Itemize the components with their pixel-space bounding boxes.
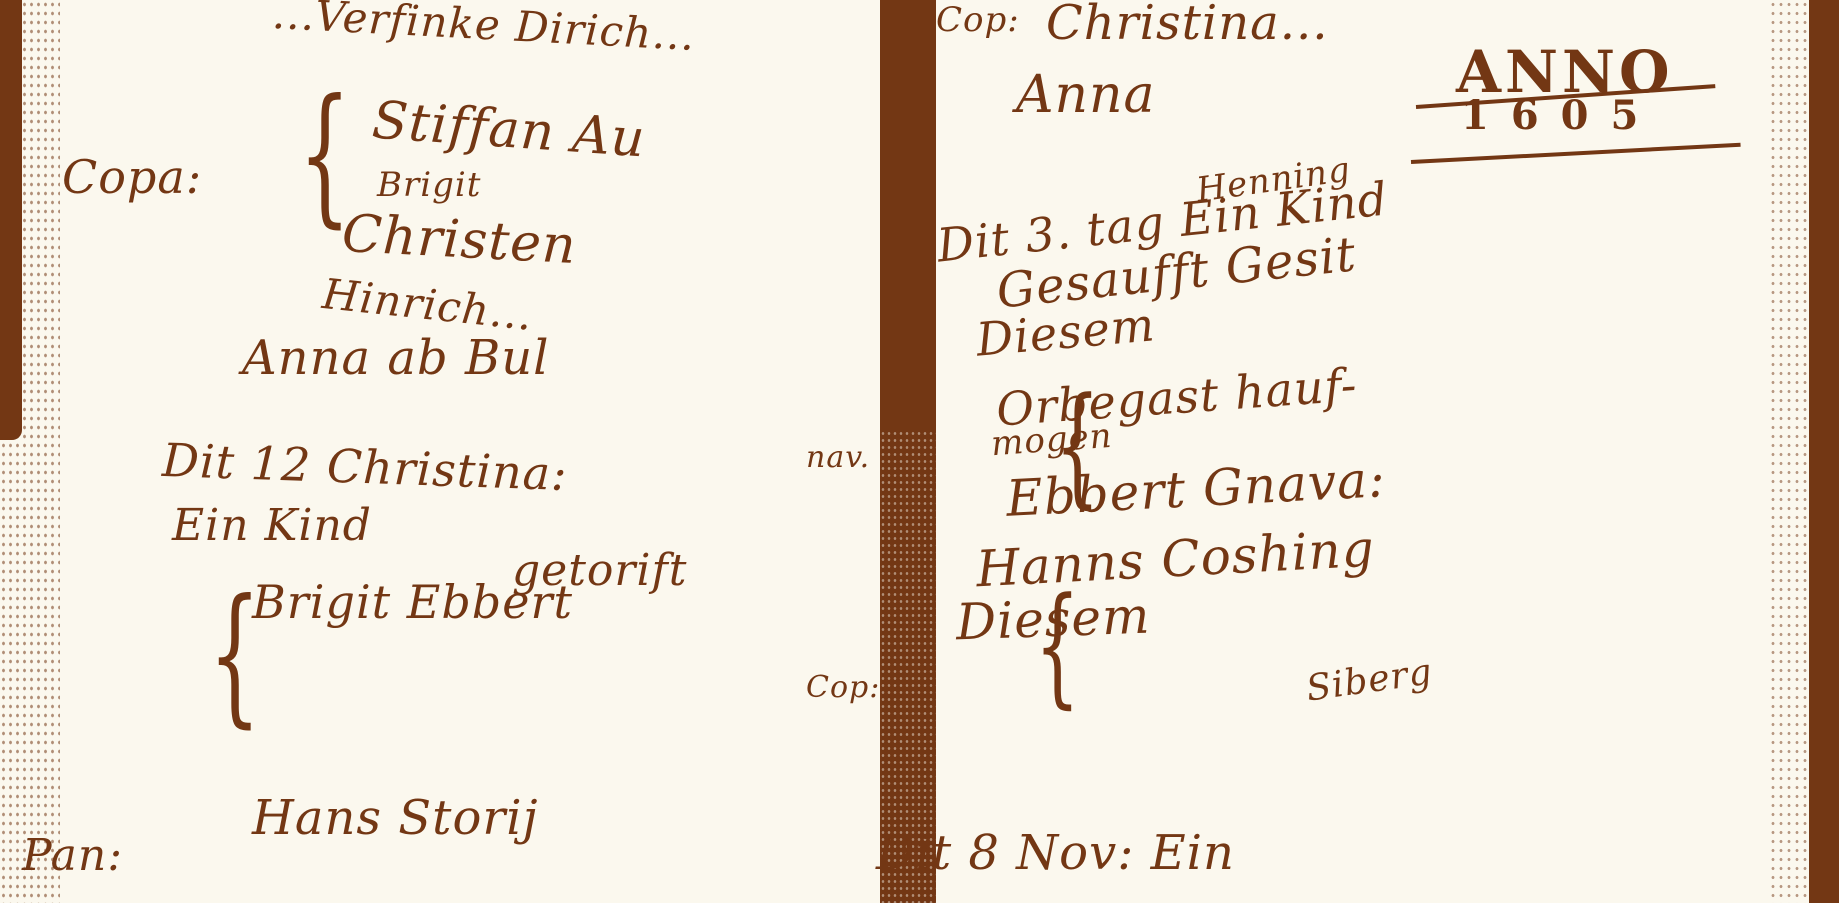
margin-note: Copa: (62, 150, 202, 204)
handwritten-line: Christen (341, 204, 578, 276)
handwritten-line: Brigit Ebbert (252, 575, 573, 629)
handwritten-line: Hans Storij (252, 790, 539, 846)
handwritten-line: Diesem (955, 587, 1151, 652)
handwritten-line: Siberg (1304, 651, 1435, 709)
year-underline (1411, 143, 1741, 164)
handwritten-line: Anna ab Bul (242, 330, 550, 386)
handwritten-line: Ein Kind (172, 500, 372, 551)
handwritten-line: ...Verfinke Dirich... (271, 0, 696, 60)
handwritten-line: Hanns Coshing (975, 520, 1376, 599)
entry-date-line: Dit 12 Christina: (161, 433, 568, 501)
handwritten-line: mogen (990, 416, 1114, 464)
handwritten-line: Anna (1016, 65, 1156, 125)
entry-date-line: Dit 8 Nov: Ein (876, 825, 1235, 881)
book-edge-right (1809, 0, 1839, 903)
margin-note: Cop: (806, 670, 880, 705)
margin-note: Pan: (22, 830, 123, 881)
handwritten-line: Christina... (1046, 0, 1329, 51)
handwritten-line: Brigit (377, 165, 481, 205)
left-page: { { ...Verfinke Dirich...Copa:Stiffan Au… (22, 0, 880, 903)
right-page: { { ANNO 1605 Cop:Christina...AnnaHennin… (936, 0, 1809, 903)
paper-stain-right (1769, 0, 1809, 903)
handwritten-line: Stiffan Au (370, 91, 647, 170)
margin-note: Cop: (936, 0, 1020, 40)
manuscript-spread: { { ...Verfinke Dirich...Copa:Stiffan Au… (0, 0, 1839, 903)
margin-note: nav. (806, 440, 870, 475)
year-heading: 1605 (1461, 92, 1660, 139)
